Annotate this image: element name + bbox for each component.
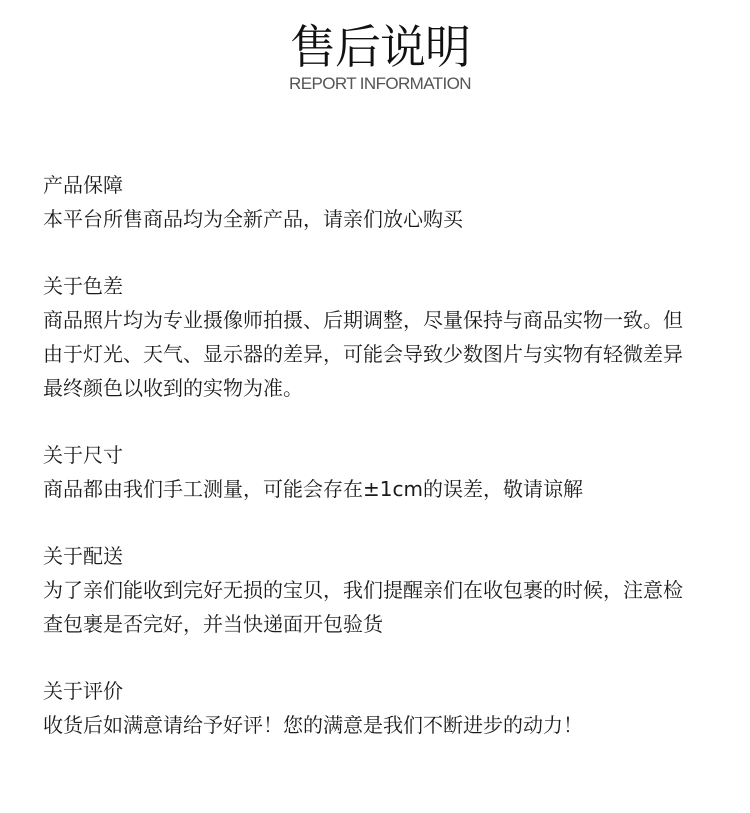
after-sales-content: 产品保障 本平台所售商品均为全新产品，请亲们放心购买 关于色差 商品照片均为专业… [43, 168, 723, 775]
section-text: 本平台所售商品均为全新产品，请亲们放心购买 [43, 202, 723, 236]
section-text: 最终颜色以收到的实物为准。 [43, 371, 723, 405]
section-heading: 产品保障 [43, 168, 723, 202]
section-heading: 关于配送 [43, 539, 723, 573]
section-size: 关于尺寸 商品都由我们手工测量，可能会存在±1cm的误差，敬请谅解 [43, 438, 723, 506]
section-text: 为了亲们能收到完好无损的宝贝，我们提醒亲们在收包裹的时候，注意检 [43, 573, 723, 607]
section-text: 收货后如满意请给予好评！您的满意是我们不断进步的动力！ [43, 708, 723, 742]
section-text: 由于灯光、天气、显示器的差异，可能会导致少数图片与实物有轻微差异 [43, 337, 723, 371]
page-subtitle: REPORT INFORMATION [0, 74, 750, 94]
section-heading: 关于评价 [43, 674, 723, 708]
section-text: 查包裹是否完好，并当快递面开包验货 [43, 607, 723, 641]
section-text: 商品都由我们手工测量，可能会存在±1cm的误差，敬请谅解 [43, 472, 723, 506]
page-header: 售后说明 REPORT INFORMATION [0, 18, 750, 94]
page-title: 售后说明 [0, 18, 750, 76]
section-heading: 关于色差 [43, 269, 723, 303]
section-color-difference: 关于色差 商品照片均为专业摄像师拍摄、后期调整，尽量保持与商品实物一致。但 由于… [43, 269, 723, 405]
section-text: 商品照片均为专业摄像师拍摄、后期调整，尽量保持与商品实物一致。但 [43, 303, 723, 337]
section-heading: 关于尺寸 [43, 438, 723, 472]
section-review: 关于评价 收货后如满意请给予好评！您的满意是我们不断进步的动力！ [43, 674, 723, 742]
section-delivery: 关于配送 为了亲们能收到完好无损的宝贝，我们提醒亲们在收包裹的时候，注意检 查包… [43, 539, 723, 641]
section-product-guarantee: 产品保障 本平台所售商品均为全新产品，请亲们放心购买 [43, 168, 723, 236]
